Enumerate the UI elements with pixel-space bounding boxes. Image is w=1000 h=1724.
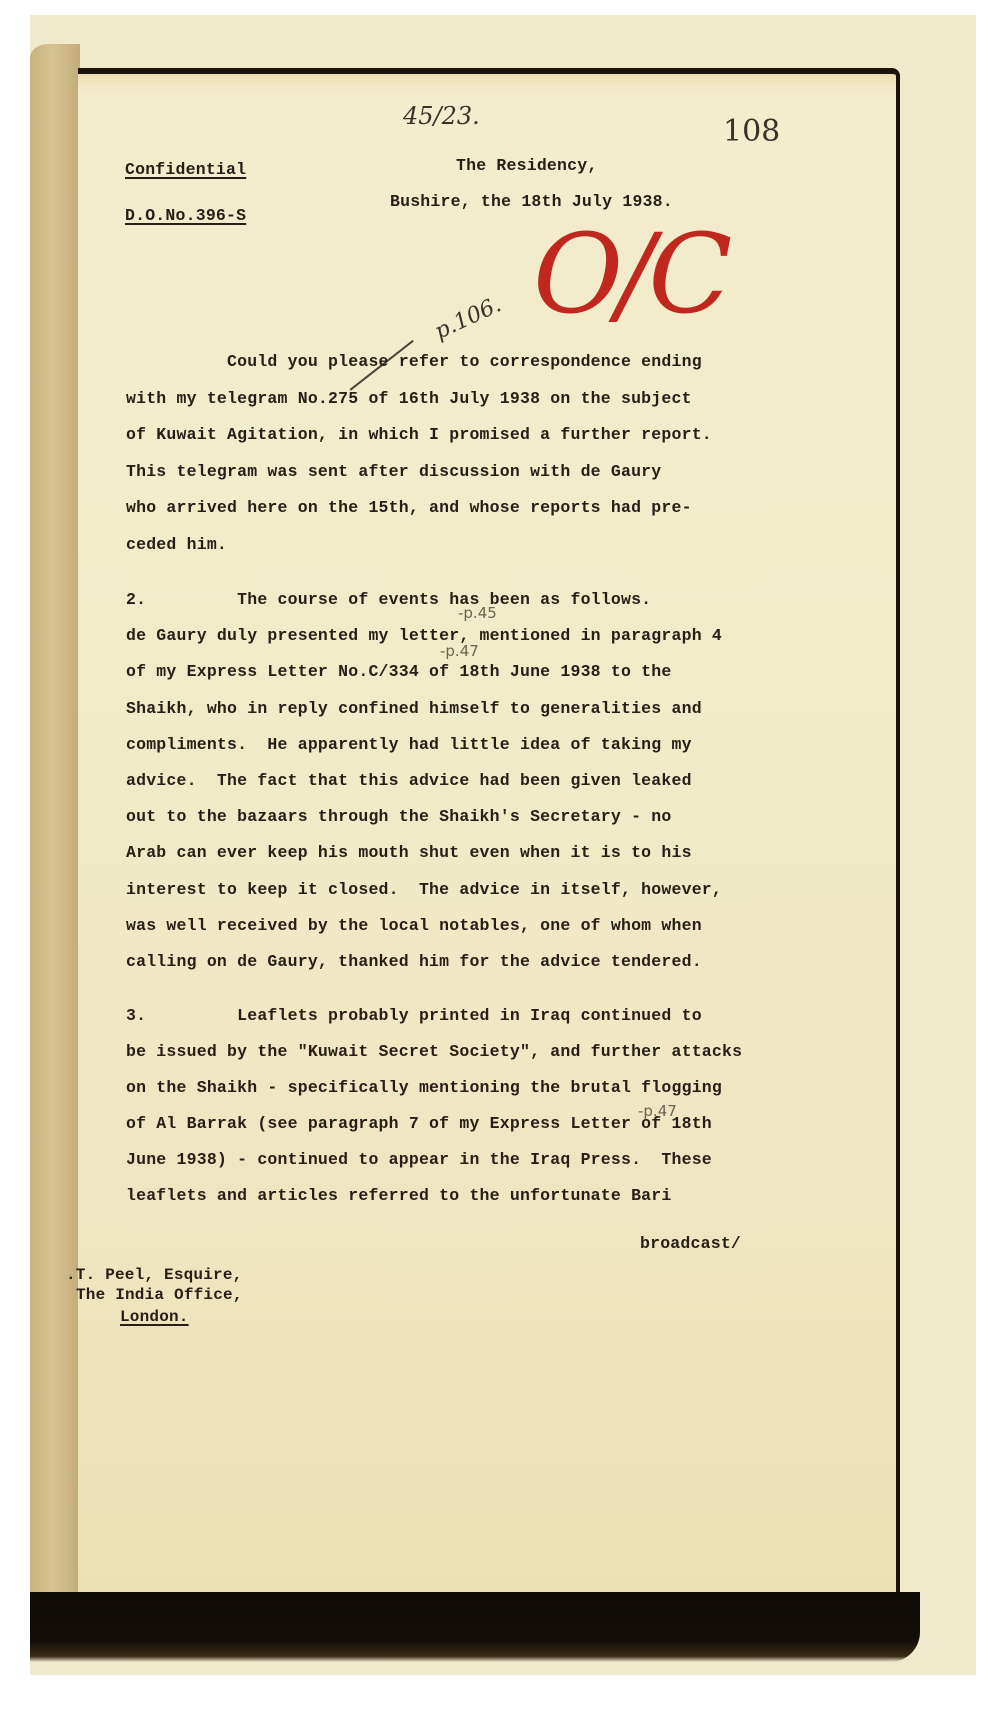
body-line: was well received by the local notables,… bbox=[126, 916, 702, 935]
addressee-city: London. bbox=[120, 1308, 189, 1326]
body-line: 2. The course of events has been as foll… bbox=[126, 590, 651, 609]
addressee-name: .T. Peel, Esquire, bbox=[66, 1266, 242, 1284]
body-line: calling on de Gaury, thanked him for the… bbox=[126, 952, 702, 971]
classification-label: Confidential bbox=[125, 160, 246, 179]
body-line: of Kuwait Agitation, in which I promised… bbox=[126, 425, 712, 444]
sender-place: The Residency, bbox=[456, 156, 597, 175]
body-line: ceded him. bbox=[126, 535, 227, 554]
body-line: 3. Leaflets probably printed in Iraq con… bbox=[126, 1006, 702, 1025]
body-line: leaflets and articles referred to the un… bbox=[126, 1186, 672, 1205]
date-line: Bushire, the 18th July 1938. bbox=[390, 192, 673, 211]
red-ink-mark: O/C bbox=[533, 219, 726, 329]
reference-number: D.O.No.396-S bbox=[125, 206, 246, 225]
body-line: June 1938) - continued to appear in the … bbox=[126, 1150, 712, 1169]
body-line: out to the bazaars through the Shaikh's … bbox=[126, 807, 672, 826]
file-reference-annotation: 45/23. bbox=[403, 102, 480, 130]
body-line: of Al Barrak (see paragraph 7 of my Expr… bbox=[126, 1114, 712, 1133]
folio-number: 108 bbox=[723, 114, 780, 149]
folder-spine bbox=[30, 44, 80, 1614]
body-line: This telegram was sent after discussion … bbox=[126, 462, 661, 481]
page-ref-annotation: p.106. bbox=[431, 292, 505, 344]
addressee-office: The India Office, bbox=[76, 1286, 243, 1304]
page-shadow bbox=[30, 1592, 920, 1662]
body-line: on the Shaikh - specifically mentioning … bbox=[126, 1078, 722, 1097]
body-line: Arab can ever keep his mouth shut even w… bbox=[126, 843, 692, 862]
document-page: 45/23. 108 O/C p.106. -p.45 -p.47 -p.47 … bbox=[78, 68, 900, 1592]
body-line: de Gaury duly presented my letter, menti… bbox=[126, 626, 722, 645]
body-line: compliments. He apparently had little id… bbox=[126, 735, 692, 754]
body-line: Shaikh, who in reply confined himself to… bbox=[126, 699, 702, 718]
catchword: broadcast/ bbox=[640, 1234, 741, 1253]
body-line: be issued by the "Kuwait Secret Society"… bbox=[126, 1042, 742, 1061]
body-line: interest to keep it closed. The advice i… bbox=[126, 880, 722, 899]
body-line: Could you please refer to correspondence… bbox=[126, 352, 702, 371]
body-line: advice. The fact that this advice had be… bbox=[126, 771, 692, 790]
body-line: who arrived here on the 15th, and whose … bbox=[126, 498, 692, 517]
body-line: with my telegram No.275 of 16th July 193… bbox=[126, 389, 692, 408]
body-line: of my Express Letter No.C/334 of 18th Ju… bbox=[126, 662, 672, 681]
